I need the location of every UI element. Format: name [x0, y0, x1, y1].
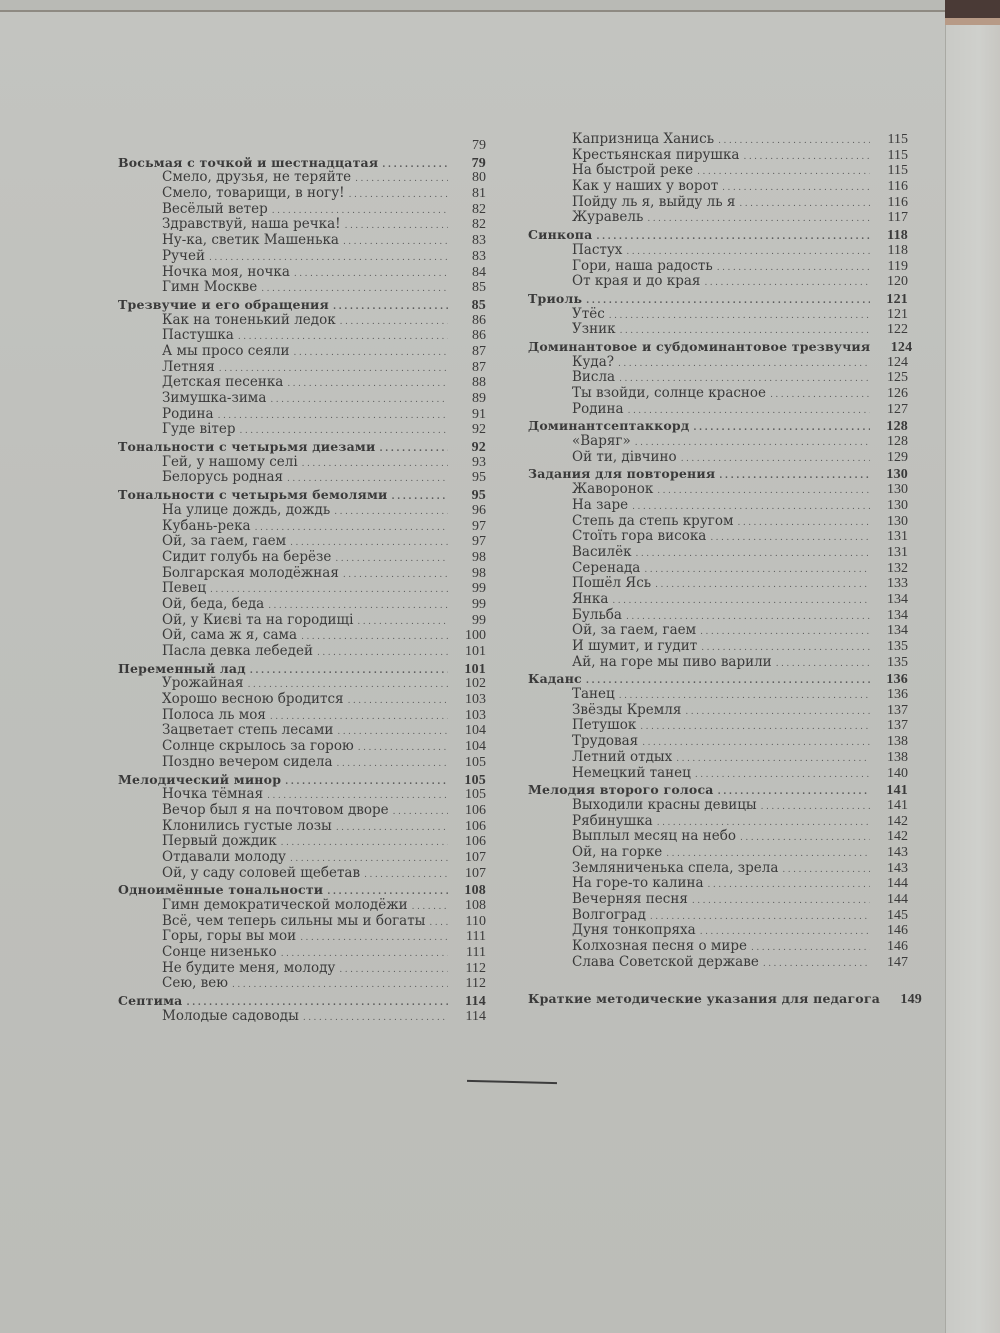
toc-entry-title: Пошёл Ясь: [572, 576, 651, 592]
toc-entry-title: Певец: [162, 581, 206, 597]
toc-entry-title: Болгарская молодёжная: [162, 566, 339, 582]
dot-leader: [695, 768, 870, 784]
dot-leader: [300, 931, 448, 947]
toc-entry-title: Белорусь родная: [162, 470, 283, 486]
toc-page-number: 135: [874, 655, 908, 671]
dot-leader: [642, 736, 870, 752]
toc-page-number: 131: [874, 529, 908, 545]
toc-entry-title: Гори, наша радость: [572, 259, 713, 275]
toc-page-number: 134: [874, 608, 908, 624]
dot-leader: [301, 630, 448, 646]
dot-leader: [704, 276, 870, 292]
toc-entry-title: Весёлый ветер: [162, 202, 268, 218]
toc-song-entry: Волгоград145: [528, 908, 908, 924]
toc-page-number: 118: [874, 243, 908, 259]
toc-entry-title: Ой, беда, беда: [162, 597, 264, 613]
dot-leader: [636, 547, 870, 563]
toc-page-number: 82: [452, 202, 486, 218]
toc-song-entry: Здравствуй, наша речка!82: [118, 217, 486, 233]
dot-leader: [358, 741, 448, 757]
toc-song-entry: Поздно вечером сидела105: [118, 755, 486, 771]
toc-page-number: 147: [874, 955, 908, 971]
toc-page-number: 106: [452, 834, 486, 850]
dot-leader: [270, 393, 448, 409]
toc-song-entry: И шумит, и гудит135: [528, 639, 908, 655]
dot-leader: [392, 490, 448, 506]
toc-song-entry: На горе-то калина144: [528, 876, 908, 892]
toc-entry-title: Немецкий танец: [572, 766, 691, 782]
toc-song-entry: Отдавали молоду107: [118, 850, 486, 866]
toc-song-entry: Серенада132: [528, 561, 908, 577]
toc-page-number: 79: [452, 138, 486, 154]
dot-leader: [710, 531, 870, 547]
toc-page-number: 120: [874, 274, 908, 290]
toc-page-number: 99: [452, 613, 486, 629]
toc-entry-title: Ночка тёмная: [162, 787, 263, 803]
toc-song-entry: Журавель117: [528, 210, 908, 226]
toc-page-number: 121: [874, 307, 908, 323]
toc-song-entry: Гей, у нашому селі93: [118, 455, 486, 471]
toc-entry-title: Висла: [572, 370, 615, 386]
dot-leader: [612, 594, 870, 610]
toc-song-entry: Клонились густые лозы106: [118, 819, 486, 835]
toc-entry-title: Выходили красны девицы: [572, 798, 757, 814]
toc-section-heading: Краткие методические указания для педаго…: [528, 991, 908, 1007]
toc-song-entry: Земляниченька спела, зрела143: [528, 861, 908, 877]
toc-entry-title: И шумит, и гудит: [572, 639, 697, 655]
dot-leader: [586, 674, 870, 690]
toc-song-entry: Пасла девка лебедей101: [118, 644, 486, 660]
toc-song-entry: Солнце скрылось за горою104: [118, 739, 486, 755]
next-page-margin: [945, 25, 1000, 1333]
toc-song-entry: Пойду ль я, выйду ль я116: [528, 195, 908, 211]
toc-entry-title: Трезвучие и его обращения: [118, 297, 329, 313]
toc-page-number: 108: [452, 883, 486, 899]
toc-page-number: 125: [874, 370, 908, 386]
toc-song-entry: Родина127: [528, 402, 908, 418]
toc-section-heading: Мелодический минор105: [118, 772, 486, 788]
toc-page-number: 129: [874, 450, 908, 466]
dot-leader: [303, 1011, 448, 1027]
toc-right-column: Капризница Ханись115Крестьянская пирушка…: [528, 132, 908, 1007]
toc-page-number: 135: [874, 639, 908, 655]
toc-song-entry: Полоса ль моя103: [118, 708, 486, 724]
toc-section-heading: Каданс136: [528, 671, 908, 687]
toc-song-entry: Дуня тонкопряха146: [528, 923, 908, 939]
toc-page-number: 119: [874, 259, 908, 275]
toc-song-entry: Степь да степь кругом130: [528, 514, 908, 530]
toc-entry-title: Ой, за гаем, гаем: [572, 623, 696, 639]
toc-song-entry: На быстрой реке115: [528, 163, 908, 179]
toc-page-number: 99: [452, 597, 486, 613]
toc-page-number: 141: [874, 798, 908, 814]
toc-entry-title: От края и до края: [572, 274, 700, 290]
toc-song-entry: Пастух118: [528, 243, 908, 259]
toc-entry-title: Ручей: [162, 249, 205, 265]
toc-entry-title: Пастух: [572, 243, 622, 259]
toc-song-entry: Танец136: [528, 687, 908, 703]
toc-page-number: 111: [452, 929, 486, 945]
toc-section-heading: Одноимённые тональности108: [118, 882, 486, 898]
toc-entry-title: Поздно вечером сидела: [162, 755, 333, 771]
toc-page-number: 85: [452, 280, 486, 296]
toc-section-heading: Задания для повторения130: [528, 466, 908, 482]
toc-page-number: 97: [452, 534, 486, 550]
toc-song-entry: Ой, сама ж я, сама100: [118, 628, 486, 644]
toc-entry-title: Мелодия второго голоса: [528, 782, 714, 798]
toc-page-number: 144: [874, 892, 908, 908]
toc-section-heading: Синкопа118: [528, 227, 908, 243]
toc-entry-title: Ой, у Києві та на городищі: [162, 613, 353, 629]
toc-page-number: 132: [874, 561, 908, 577]
dot-leader: [644, 563, 870, 579]
toc-page-number: 101: [452, 644, 486, 660]
toc-entry-title: На горе-то калина: [572, 876, 704, 892]
toc-page-number: 124: [874, 355, 908, 371]
toc-entry-title: Пастушка: [162, 328, 234, 344]
dot-leader: [357, 615, 448, 631]
dot-leader: [285, 775, 448, 791]
dot-leader: [335, 552, 448, 568]
toc-song-entry: Ты взойди, солнце красное126: [528, 386, 908, 402]
dot-leader: [776, 657, 870, 673]
toc-song-entry: Пастушка86: [118, 328, 486, 344]
toc-page-number: 98: [452, 550, 486, 566]
toc-entry-title: Пасла девка лебедей: [162, 644, 313, 660]
toc-song-entry: Ой, у саду соловей щебетав107: [118, 866, 486, 882]
toc-page-number: 92: [452, 422, 486, 438]
toc-entry-title: Ночка моя, ночка: [162, 265, 290, 281]
toc-entry-title: Мелодический минор: [118, 772, 281, 788]
toc-entry-title: Здравствуй, наша речка!: [162, 217, 341, 233]
toc-song-entry: Ой, на горке143: [528, 845, 908, 861]
toc-song-entry: Петушок137: [528, 718, 908, 734]
dot-leader: [761, 800, 870, 816]
dot-leader: [379, 442, 448, 458]
toc-page-number: 118: [874, 228, 908, 244]
toc-entry-title: Стоїть гора висока: [572, 529, 706, 545]
dot-leader: [739, 197, 870, 213]
toc-section-heading: Септима114: [118, 993, 486, 1009]
toc-song-entry: Сидит голубь на берёзе98: [118, 550, 486, 566]
toc-song-entry: Всё, чем теперь сильны мы и богаты110: [118, 914, 486, 930]
toc-section-heading: Трезвучие и его обращения85: [118, 297, 486, 313]
toc-page-number: 114: [452, 1009, 486, 1025]
toc-song-entry: Крестьянская пирушка115: [528, 148, 908, 164]
toc-page-number: 96: [452, 503, 486, 519]
toc-page-number: 105: [452, 755, 486, 771]
toc-page-number: 104: [452, 739, 486, 755]
dot-leader: [586, 294, 870, 310]
toc-song-entry: Ой, у Києві та на городищі99: [118, 613, 486, 629]
toc-entry-title: Звёзды Кремля: [572, 703, 681, 719]
toc-entry-title: Отдавали молоду: [162, 850, 286, 866]
toc-song-entry: Хорошо весною бродится103: [118, 692, 486, 708]
toc-entry-title: Ой, за гаем, гаем: [162, 534, 286, 550]
toc-entry-title: Полоса ль моя: [162, 708, 266, 724]
dot-leader: [337, 757, 448, 773]
toc-section-heading: Доминантсептаккорд128: [528, 418, 908, 434]
dot-leader: [718, 134, 870, 150]
dot-leader: [722, 181, 870, 197]
toc-entry-title: Узник: [572, 322, 616, 338]
dot-leader: [693, 421, 870, 437]
dot-leader: [250, 664, 448, 680]
toc-page-number: 127: [874, 402, 908, 418]
toc-entry-title: Не будите меня, молоду: [162, 961, 335, 977]
toc-page-number: 88: [452, 375, 486, 391]
toc-page-number: 137: [874, 718, 908, 734]
toc-page-number: 116: [874, 195, 908, 211]
toc-song-entry: Гори, наша радость119: [528, 259, 908, 275]
toc-song-entry: Зимушка-зима89: [118, 391, 486, 407]
toc-page-number: 87: [452, 344, 486, 360]
dot-leader: [596, 230, 870, 246]
toc-entry-title: Ты взойди, солнце красное: [572, 386, 766, 402]
toc-page-number: 91: [452, 407, 486, 423]
toc-entry-title: Восьмая с точкой и шестнадцатая: [118, 155, 378, 171]
toc-page-number: 131: [874, 545, 908, 561]
dot-leader: [240, 424, 449, 440]
toc-entry-title: Вечерняя песня: [572, 892, 688, 908]
dot-leader: [333, 300, 448, 316]
toc-entry-title: Ой ти, дівчино: [572, 450, 677, 466]
dot-leader: [782, 863, 870, 879]
toc-entry-title: Степь да степь кругом: [572, 514, 733, 530]
toc-entry-title: На быстрой реке: [572, 163, 693, 179]
toc-page-number: 107: [452, 866, 486, 882]
toc-page-number: 101: [452, 662, 486, 678]
toc-page-number: 140: [874, 766, 908, 782]
toc-section-heading: Доминантовое и субдоминантовое трезвучия…: [528, 339, 908, 355]
toc-entry-title: Септима: [118, 993, 182, 1009]
toc-song-entry: Гуде вітер92: [118, 422, 486, 438]
dot-leader: [393, 805, 448, 821]
toc-entry-title: На улице дождь, дождь: [162, 503, 330, 519]
toc-page-number: 100: [452, 628, 486, 644]
toc-page-number: 136: [874, 687, 908, 703]
dot-leader: [336, 821, 448, 837]
dot-leader: [609, 309, 870, 325]
toc-page-number: 138: [874, 734, 908, 750]
toc-page-number: 97: [452, 519, 486, 535]
toc-entry-title: Синкопа: [528, 227, 592, 243]
toc-page-number: 85: [452, 298, 486, 314]
toc-entry-title: Слава Советской державе: [572, 955, 759, 971]
toc-entry-title: Сонце низенько: [162, 945, 277, 961]
toc-song-entry: Немецкий танец140: [528, 766, 908, 782]
toc-page-number: 124: [878, 340, 912, 356]
dot-leader: [647, 212, 870, 228]
toc-song-entry: Певец99: [118, 581, 486, 597]
toc-entry-title: Ой, у саду соловей щебетав: [162, 866, 360, 882]
toc-song-entry: Не будите меня, молоду112: [118, 961, 486, 977]
toc-song-entry: Весёлый ветер82: [118, 202, 486, 218]
toc-entry-title: Василёк: [572, 545, 632, 561]
dot-leader: [708, 878, 871, 894]
dot-leader: [294, 267, 448, 283]
dot-leader: [620, 324, 870, 340]
toc-section-heading: Мелодия второго голоса141: [528, 782, 908, 798]
toc-page-number: 79: [452, 156, 486, 172]
toc-entry-title: Выплыл месяц на небо: [572, 829, 736, 845]
dot-leader: [302, 457, 448, 473]
toc-entry-title: Сидит голубь на берёзе: [162, 550, 331, 566]
toc-entry-title: Солнце скрылось за горою: [162, 739, 354, 755]
toc-page-number: 130: [874, 498, 908, 514]
toc-entry-title: На заре: [572, 498, 628, 514]
toc-entry-title: Гимн Москве: [162, 280, 257, 296]
toc-entry-title: Утёс: [572, 307, 605, 323]
toc-page-number: 134: [874, 623, 908, 639]
toc-song-entry: Висла125: [528, 370, 908, 386]
toc-entry-title: Доминантовое и субдоминантовое трезвучия: [528, 339, 870, 355]
toc-entry-title: Каданс: [528, 671, 582, 687]
toc-entry-title: Родина: [162, 407, 214, 423]
toc-entry-title: Летняя: [162, 360, 215, 376]
dot-leader: [382, 158, 448, 174]
toc-entry-title: Колхозная песня о мире: [572, 939, 747, 955]
toc-page-number: 116: [874, 179, 908, 195]
toc-song-entry: От края и до края120: [528, 274, 908, 290]
toc-page-number: 84: [452, 265, 486, 281]
toc-page-number: 81: [452, 186, 486, 202]
dot-leader: [655, 578, 870, 594]
toc-entry-title: Зимушка-зима: [162, 391, 266, 407]
toc-page-number: 142: [874, 829, 908, 845]
toc-song-entry: Рябинушка142: [528, 814, 908, 830]
dot-leader: [343, 568, 448, 584]
dot-leader: [287, 377, 448, 393]
toc-page-number: 105: [452, 787, 486, 803]
dot-leader: [343, 235, 448, 251]
toc-page-number: 112: [452, 961, 486, 977]
toc-song-entry: Ой, беда, беда99: [118, 597, 486, 613]
toc-page-number: 128: [874, 434, 908, 450]
toc-song-entry: Пошёл Ясь133: [528, 576, 908, 592]
toc-section-heading: Тональности с четырьмя диезами92: [118, 439, 486, 455]
toc-page-number: 149: [888, 992, 922, 1008]
dot-leader: [339, 963, 448, 979]
toc-song-entry: Слава Советской державе147: [528, 955, 908, 971]
dot-leader: [743, 150, 870, 166]
toc-song-entry: Ой ти, дівчино129: [528, 450, 908, 466]
toc-page-number: 106: [452, 803, 486, 819]
dot-leader: [317, 646, 448, 662]
dot-leader: [340, 315, 448, 331]
dot-leader: [740, 831, 870, 847]
toc-page-number: 134: [874, 592, 908, 608]
toc-page-number: 103: [452, 692, 486, 708]
dot-leader: [685, 705, 870, 721]
toc-song-entry: Ночка тёмная105: [118, 787, 486, 803]
toc-song-entry: Смело, товарищи, в ногу!81: [118, 186, 486, 202]
toc-song-entry: Жаворонок130: [528, 482, 908, 498]
toc-song-entry: Куда?124: [528, 355, 908, 371]
toc-entry-title: Доминантсептаккорд: [528, 418, 689, 434]
toc-page-number-row: 79: [118, 138, 486, 154]
toc-page-number: 99: [452, 581, 486, 597]
toc-page-number: 130: [874, 467, 908, 483]
toc-song-entry: Кубань-река97: [118, 519, 486, 535]
toc-entry-title: Ай, на горе мы пиво варили: [572, 655, 772, 671]
toc-song-entry: Зацветает степь лесами104: [118, 723, 486, 739]
dot-leader: [429, 916, 448, 932]
toc-page-number: 138: [874, 750, 908, 766]
toc-song-entry: Стоїть гора висока131: [528, 529, 908, 545]
toc-entry-title: Волгоград: [572, 908, 646, 924]
toc-entry-title: Куда?: [572, 355, 614, 371]
toc-spacer: [528, 970, 908, 990]
toc-entry-title: Задания для повторения: [528, 466, 715, 482]
toc-song-entry: Выходили красны девицы141: [528, 798, 908, 814]
toc-entry-title: Жаворонок: [572, 482, 653, 498]
toc-entry-title: Крестьянская пирушка: [572, 148, 739, 164]
toc-entry-title: Как на тоненький ледок: [162, 313, 336, 329]
toc-page-number: 89: [452, 391, 486, 407]
toc-page-number: 112: [452, 976, 486, 992]
toc-entry-title: Капризница Ханись: [572, 132, 714, 148]
toc-page-number: 117: [874, 210, 908, 226]
toc-song-entry: Янка134: [528, 592, 908, 608]
toc-entry-title: Тональности с четырьмя бемолями: [118, 487, 388, 503]
dot-leader: [640, 720, 870, 736]
toc-song-entry: На заре130: [528, 498, 908, 514]
toc-page-number: 110: [452, 914, 486, 930]
toc-entry-title: Земляниченька спела, зрела: [572, 861, 778, 877]
toc-page-number: 146: [874, 923, 908, 939]
toc-page-number: 82: [452, 217, 486, 233]
toc-page-number: 115: [874, 148, 908, 164]
dot-leader: [681, 452, 870, 468]
toc-entry-title: Триоль: [528, 291, 582, 307]
toc-entry-title: А мы просо сеяли: [162, 344, 289, 360]
toc-page-number: 137: [874, 703, 908, 719]
toc-entry-title: Кубань-река: [162, 519, 251, 535]
toc-entry-title: Петушок: [572, 718, 636, 734]
toc-entry-title: Танец: [572, 687, 615, 703]
toc-song-entry: Сею, вею112: [118, 976, 486, 992]
toc-entry-title: Переменный лад: [118, 661, 246, 677]
dot-leader: [293, 346, 448, 362]
toc-song-entry: Ай, на горе мы пиво варили135: [528, 655, 908, 671]
toc-song-entry: Выплыл месяц на небо142: [528, 829, 908, 845]
toc-entry-title: Гей, у нашому селі: [162, 455, 298, 471]
dot-leader: [355, 172, 448, 188]
toc-page-number: 142: [874, 814, 908, 830]
toc-page-number: 145: [874, 908, 908, 924]
toc-entry-title: Смело, друзья, не теряйте: [162, 170, 351, 186]
toc-song-entry: А мы просо сеяли87: [118, 344, 486, 360]
dot-leader: [763, 957, 870, 973]
toc-left-column: 79Восьмая с точкой и шестнадцатая79Смело…: [118, 138, 486, 1025]
toc-entry-title: Молодые садоводы: [162, 1009, 299, 1025]
toc-entry-title: Бульба: [572, 608, 622, 624]
toc-entry-title: Зацветает степь лесами: [162, 723, 333, 739]
toc-entry-title: «Варяг»: [572, 434, 631, 450]
toc-page-number: 143: [874, 861, 908, 877]
dot-leader: [218, 409, 448, 425]
toc-entry-title: Вечор был я на почтовом дворе: [162, 803, 389, 819]
dot-leader: [261, 282, 448, 298]
toc-page-number: 126: [874, 386, 908, 402]
toc-song-entry: Утёс121: [528, 307, 908, 323]
toc-section-heading: Триоль121: [528, 291, 908, 307]
toc-entry-title: Горы, горы вы мои: [162, 929, 296, 945]
toc-song-entry: Василёк131: [528, 545, 908, 561]
toc-page-number: 95: [452, 470, 486, 486]
toc-page-number: 98: [452, 566, 486, 582]
